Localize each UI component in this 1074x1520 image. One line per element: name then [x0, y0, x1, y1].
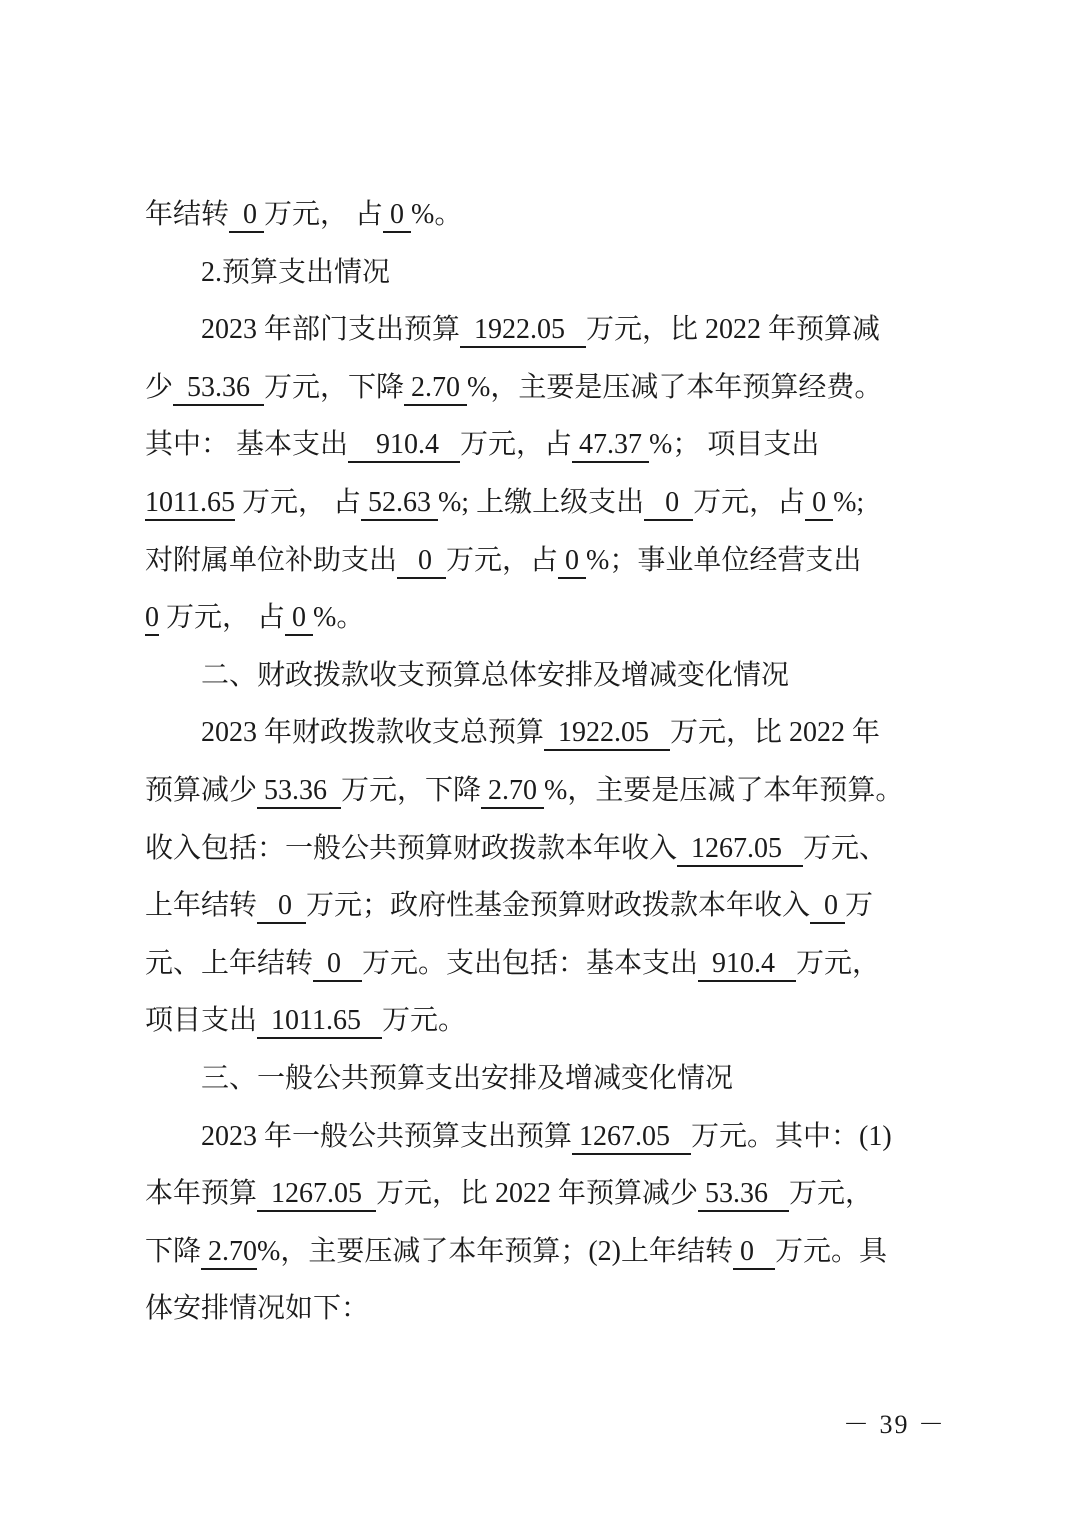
- underlined-value: 2.70: [404, 372, 467, 406]
- text-segment: 万元，比 2022 年预算减少: [376, 1178, 698, 1209]
- underlined-value: 0: [383, 199, 411, 233]
- text-segment: 万元，下降: [341, 775, 481, 806]
- text-segment: 万元，比 2022 年预算减: [586, 314, 880, 345]
- text-line: 二、财政拨款收支预算总体安排及增减变化情况: [145, 647, 945, 705]
- text-line: 项目支出 1011.65 万元。: [145, 992, 945, 1050]
- text-segment: 体安排情况如下：: [145, 1293, 369, 1324]
- text-segment: 万元，占: [446, 545, 558, 576]
- text-line: 少 53.36 万元，下降 2.70 %，主要是压减了本年预算经费。: [145, 359, 945, 417]
- underlined-value: 1011.65: [257, 1005, 382, 1039]
- page-number: － 39 －: [843, 1405, 946, 1445]
- text-line: 元、上年结转 0 万元。支出包括：基本支出 910.4 万元，: [145, 935, 945, 993]
- text-segment: 万元，: [789, 1178, 873, 1209]
- text-line: 预算减少 53.36 万元，下降 2.70 %，主要是压减了本年预算。: [145, 762, 945, 820]
- underlined-value: 1922.05: [460, 314, 586, 348]
- text-line: 收入包括：一般公共预算财政拨款本年收入 1267.05 万元、: [145, 820, 945, 878]
- text-line: 0 万元， 占 0 %。: [145, 589, 945, 647]
- text-line: 上年结转 0 万元；政府性基金预算财政拨款本年收入 0 万: [145, 877, 945, 935]
- underlined-value: 53.36: [698, 1178, 789, 1212]
- text-line: 年结转 0 万元， 占 0 %。: [145, 186, 945, 244]
- text-line: 其中： 基本支出 910.4 万元，占 47.37 %； 项目支出: [145, 416, 945, 474]
- underlined-value: 910.4: [348, 429, 460, 463]
- text-segment: %。: [313, 602, 364, 633]
- underlined-value: 1267.05: [257, 1178, 376, 1212]
- underlined-value: 1011.65: [145, 487, 235, 521]
- underlined-value: 1267.05: [677, 833, 803, 867]
- text-segment: 预算减少: [145, 775, 257, 806]
- text-segment: 上年结转: [145, 890, 257, 921]
- text-segment: 二、财政拨款收支预算总体安排及增减变化情况: [201, 660, 789, 691]
- text-segment: 2023 年一般公共预算支出预算: [201, 1121, 572, 1152]
- text-line: 2.预算支出情况: [145, 244, 945, 302]
- underlined-value: 53.36: [173, 372, 264, 406]
- text-segment: 万元。其中：(1): [691, 1121, 892, 1152]
- underlined-value: 0: [313, 948, 362, 982]
- text-segment: 本年预算: [145, 1178, 257, 1209]
- text-segment: 万元，: [796, 948, 880, 979]
- text-segment: 2023 年部门支出预算: [201, 314, 460, 345]
- underlined-value: 52.63: [361, 487, 438, 521]
- underlined-value: 1267.05: [572, 1121, 691, 1155]
- text-segment: 其中： 基本支出: [145, 429, 348, 460]
- text-segment: %；事业单位经营支出: [586, 545, 861, 576]
- document-body: 年结转 0 万元， 占 0 %。2.预算支出情况2023 年部门支出预算 192…: [145, 186, 945, 1338]
- text-segment: 项目支出: [145, 1005, 257, 1036]
- underlined-value: 47.37: [572, 429, 649, 463]
- text-segment: 万元， 占: [264, 199, 383, 230]
- text-segment: 少: [145, 372, 173, 403]
- underlined-value: 2.70: [481, 775, 544, 809]
- text-segment: 万元， 占: [235, 487, 361, 518]
- text-segment: 对附属单位补助支出: [145, 545, 397, 576]
- text-line: 体安排情况如下：: [145, 1280, 945, 1338]
- text-segment: 万元。支出包括：基本支出: [362, 948, 698, 979]
- underlined-value: 0: [257, 890, 306, 924]
- text-line: 三、一般公共预算支出安排及增减变化情况: [145, 1050, 945, 1108]
- text-line: 2023 年一般公共预算支出预算 1267.05 万元。其中：(1): [145, 1108, 945, 1166]
- underlined-value: 0: [558, 545, 586, 579]
- text-segment: 年结转: [145, 199, 229, 230]
- text-segment: 万元。: [382, 1005, 466, 1036]
- text-segment: %。: [411, 199, 462, 230]
- underlined-value: 0: [644, 487, 693, 521]
- text-line: 对附属单位补助支出 0 万元，占 0 %；事业单位经营支出: [145, 532, 945, 590]
- text-segment: 万元， 占: [159, 602, 285, 633]
- text-segment: %;: [833, 487, 864, 518]
- underlined-value: 0: [285, 602, 313, 636]
- text-line: 下降 2.70%，主要压减了本年预算；(2)上年结转 0 万元。具: [145, 1223, 945, 1281]
- text-line: 1011.65 万元， 占 52.63 %; 上缴上级支出 0 万元，占 0 %…: [145, 474, 945, 532]
- underlined-value: 53.36: [257, 775, 341, 809]
- text-segment: 2023 年财政拨款收支总预算: [201, 717, 544, 748]
- text-segment: 万元，占: [693, 487, 805, 518]
- text-segment: %; 上缴上级支出: [438, 487, 644, 518]
- text-segment: 万元、: [803, 833, 887, 864]
- underlined-value: 0: [733, 1236, 775, 1270]
- text-segment: 元、上年结转: [145, 948, 313, 979]
- text-segment: 万元，下降: [264, 372, 404, 403]
- text-segment: 万元，占: [460, 429, 572, 460]
- underlined-value: 0: [397, 545, 446, 579]
- underlined-value: 0: [145, 602, 159, 636]
- underlined-value: 1922.05: [544, 717, 670, 751]
- underlined-value: 2.70: [201, 1236, 257, 1270]
- underlined-value: 0: [229, 199, 264, 233]
- text-line: 本年预算 1267.05 万元，比 2022 年预算减少 53.36 万元，: [145, 1165, 945, 1223]
- text-segment: %，主要是压减了本年预算经费。: [467, 372, 882, 403]
- text-segment: 下降: [145, 1236, 201, 1267]
- text-segment: %； 项目支出: [649, 429, 819, 460]
- text-segment: %，主要压减了本年预算；(2)上年结转: [257, 1236, 733, 1267]
- underlined-value: 0: [805, 487, 833, 521]
- text-segment: 收入包括：一般公共预算财政拨款本年收入: [145, 833, 677, 864]
- text-segment: 万元。具: [775, 1236, 887, 1267]
- text-line: 2023 年财政拨款收支总预算 1922.05 万元，比 2022 年: [145, 704, 945, 762]
- text-segment: 2.预算支出情况: [201, 257, 390, 288]
- text-segment: 万: [845, 890, 873, 921]
- text-segment: 万元，比 2022 年: [670, 717, 880, 748]
- text-line: 2023 年部门支出预算 1922.05 万元，比 2022 年预算减: [145, 301, 945, 359]
- text-segment: %，主要是压减了本年预算。: [544, 775, 903, 806]
- underlined-value: 910.4: [698, 948, 796, 982]
- document-page: 年结转 0 万元， 占 0 %。2.预算支出情况2023 年部门支出预算 192…: [0, 0, 1074, 1520]
- text-segment: 万元；政府性基金预算财政拨款本年收入: [306, 890, 810, 921]
- text-segment: 三、一般公共预算支出安排及增减变化情况: [201, 1063, 733, 1094]
- underlined-value: 0: [810, 890, 845, 924]
